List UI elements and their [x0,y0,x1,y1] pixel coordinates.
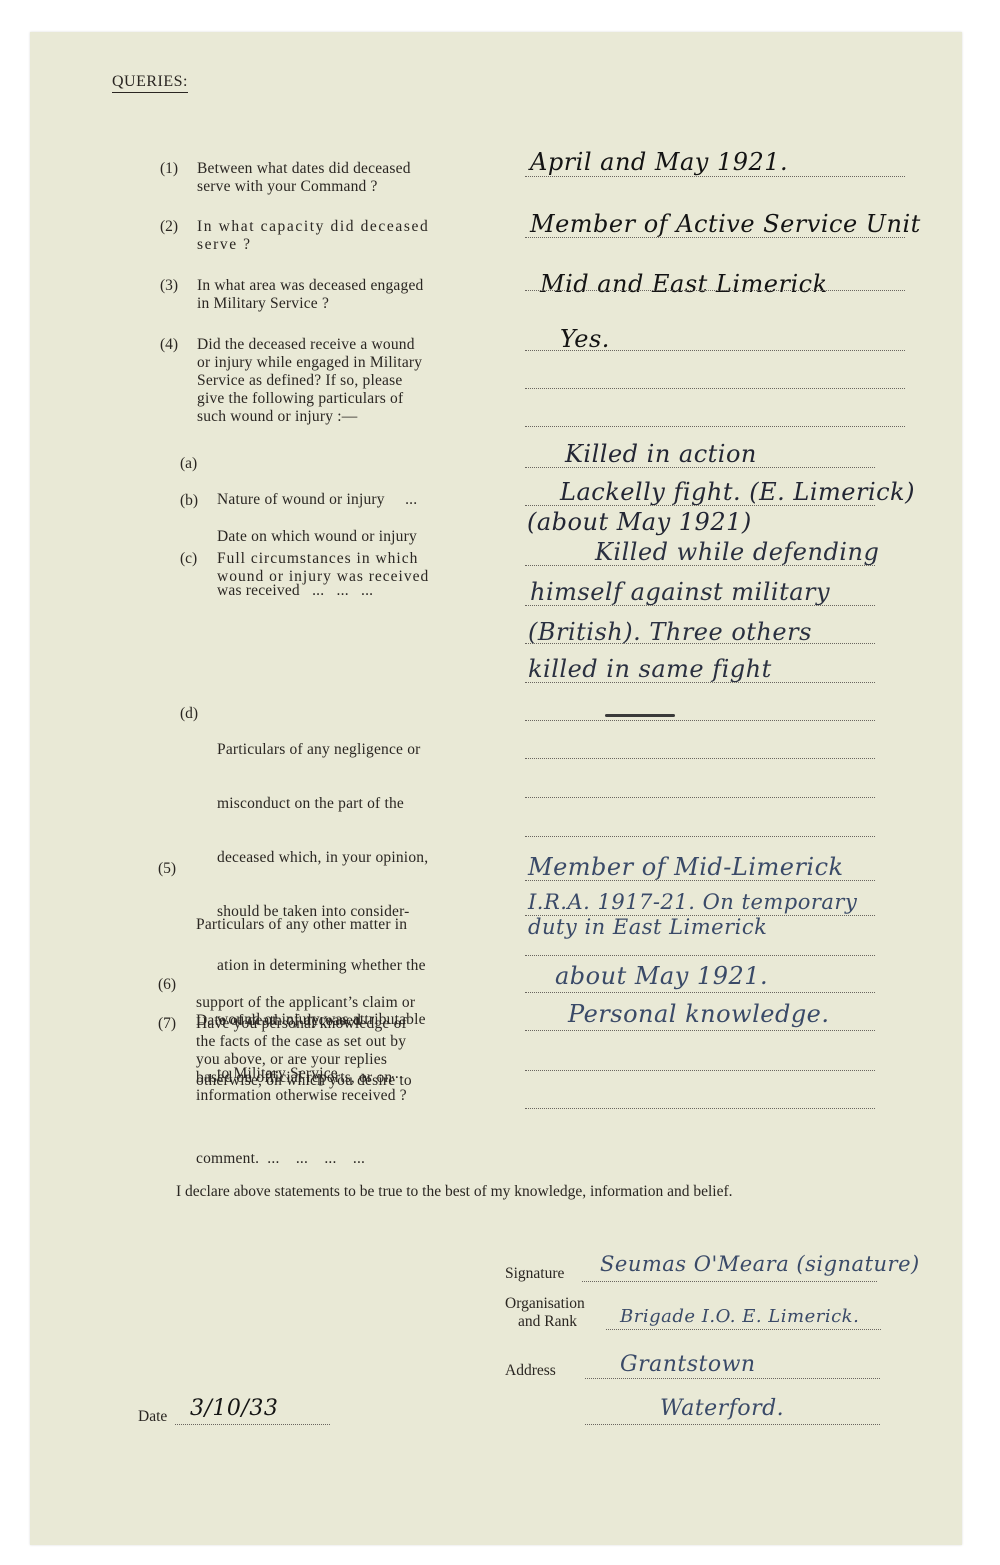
query-line: information otherwise received ? [196,1087,496,1105]
organisation-value[interactable]: Brigade I.O. E. Limerick. [620,1306,859,1327]
answer-6-line [525,992,875,993]
answer-5-line1[interactable]: Member of Mid-Limerick [528,853,844,881]
answer-4-line-3 [525,426,905,427]
answer-5-line3[interactable]: duty in East Limerick [528,915,767,939]
answer-1-line [525,176,905,177]
answer-4b-line1[interactable]: Lackelly fight. (E. Limerick) [560,478,915,506]
address-value-2[interactable]: Waterford. [660,1396,784,1421]
answer-3-line [525,290,905,291]
answer-7-line-a [525,1030,875,1031]
query-4-text: Did the deceased receive a wound or inju… [197,336,497,426]
query-7-text: Have you personal knowledge of the facts… [196,1015,496,1105]
query-line: Particulars of any negligence or [217,741,497,759]
answer-4c-line-c [525,643,875,644]
answer-4a[interactable]: Killed in action [565,440,757,468]
answer-4d-dash[interactable] [605,714,675,717]
query-4c-text: Full circumstances in which wound or inj… [217,550,497,586]
date-value[interactable]: 3/10/33 [190,1396,278,1421]
query-5-number: (5) [158,860,176,878]
answer-5-line-c [525,955,875,956]
answer-4c-line-a [525,565,875,566]
query-line: the facts of the case as set out by [196,1033,496,1051]
organisation-line [606,1329,881,1330]
answer-4c-line1[interactable]: Killed while defending [595,538,879,566]
query-line: give the following particulars of [197,390,497,408]
query-line: Full circumstances in which [217,550,497,568]
query-line: Date on which wound or injury [217,528,497,546]
query-line: Service as defined? If so, please [197,372,497,390]
answer-7[interactable]: Personal knowledge. [568,1000,830,1028]
answer-4b-line2[interactable]: (about May 1921) [527,508,752,536]
answer-4-line-2 [525,388,905,389]
query-line: comment. ... ... ... ... [196,1146,496,1172]
query-4a-number: (a) [180,455,197,473]
queries-heading: QUERIES: [112,73,188,93]
query-4c-number: (c) [180,550,197,568]
query-4b-number: (b) [180,492,198,510]
rank-label: and Rank [518,1313,577,1331]
answer-4d-line-b [525,758,875,759]
query-1-text: Between what dates did deceased serve wi… [197,160,492,196]
query-line: or injury while engaged in Military [197,354,497,372]
answer-1[interactable]: April and May 1921. [530,148,788,176]
answer-7-line-b [525,1070,875,1071]
query-6-number: (6) [158,976,176,994]
answer-2[interactable]: Member of Active Service Unit [530,210,921,238]
date-label: Date [138,1408,167,1426]
answer-4[interactable]: Yes. [560,325,610,353]
organisation-label: Organisation [505,1295,585,1313]
address-value-1[interactable]: Grantstown [620,1352,756,1377]
address-line-1 [585,1378,880,1379]
answer-2-line [525,237,905,238]
query-4-number: (4) [160,336,178,354]
query-line: serve ? [197,236,492,254]
answer-4d-line-d [525,836,875,837]
address-line-2 [585,1424,880,1425]
query-2-number: (2) [160,218,178,236]
answer-3[interactable]: Mid and East Limerick [540,270,828,298]
query-1-number: (1) [160,160,178,178]
query-line: In what area was deceased engaged [197,277,497,295]
query-line: Did the deceased receive a wound [197,336,497,354]
answer-5-line2[interactable]: I.R.A. 1917-21. On temporary [528,890,857,914]
answer-4b-line [525,505,875,506]
query-3-number: (3) [160,277,178,295]
query-line: misconduct on the part of the [217,795,497,813]
answer-5-line-a [525,880,875,881]
query-line: wound or injury was received [217,568,497,586]
address-label: Address [505,1362,556,1380]
query-line: in Military Service ? [197,295,497,313]
answer-6[interactable]: about May 1921. [555,962,768,990]
signature-label: Signature [505,1265,564,1283]
answer-4c-line3[interactable]: (British). Three others [528,618,812,646]
query-line: In what capacity did deceased [197,218,492,236]
answer-4a-line [525,467,875,468]
answer-5-line-b [525,915,875,916]
answer-4-line [525,350,905,351]
date-line [175,1424,330,1425]
query-7-number: (7) [158,1015,176,1033]
query-4d-number: (d) [180,705,198,723]
query-3-text: In what area was deceased engaged in Mil… [197,277,497,313]
query-line: based on official reports, or on [196,1069,496,1087]
answer-4d-line-c [525,797,875,798]
answer-4c-line2[interactable]: himself against military [530,578,830,606]
answer-7-line-c [525,1108,875,1109]
query-line: you above, or are your replies [196,1051,496,1069]
query-line: Have you personal knowledge of [196,1015,496,1033]
declaration-text: I declare above statements to be true to… [138,1182,883,1201]
answer-4c-line4[interactable]: killed in same fight [528,655,772,683]
query-2-text: In what capacity did deceased serve ? [197,218,492,254]
signature-value[interactable]: Seumas O'Meara (signature) [600,1252,920,1276]
query-line: Particulars of any other matter in [196,912,496,938]
signature-line [582,1281,877,1282]
answer-4c-line-b [525,605,875,606]
answer-4c-line-d [525,682,875,683]
answer-4d-line-a [525,720,875,721]
query-line: such wound or injury :— [197,408,497,426]
query-line: serve with your Command ? [197,178,492,196]
query-line: Between what dates did deceased [197,160,492,178]
